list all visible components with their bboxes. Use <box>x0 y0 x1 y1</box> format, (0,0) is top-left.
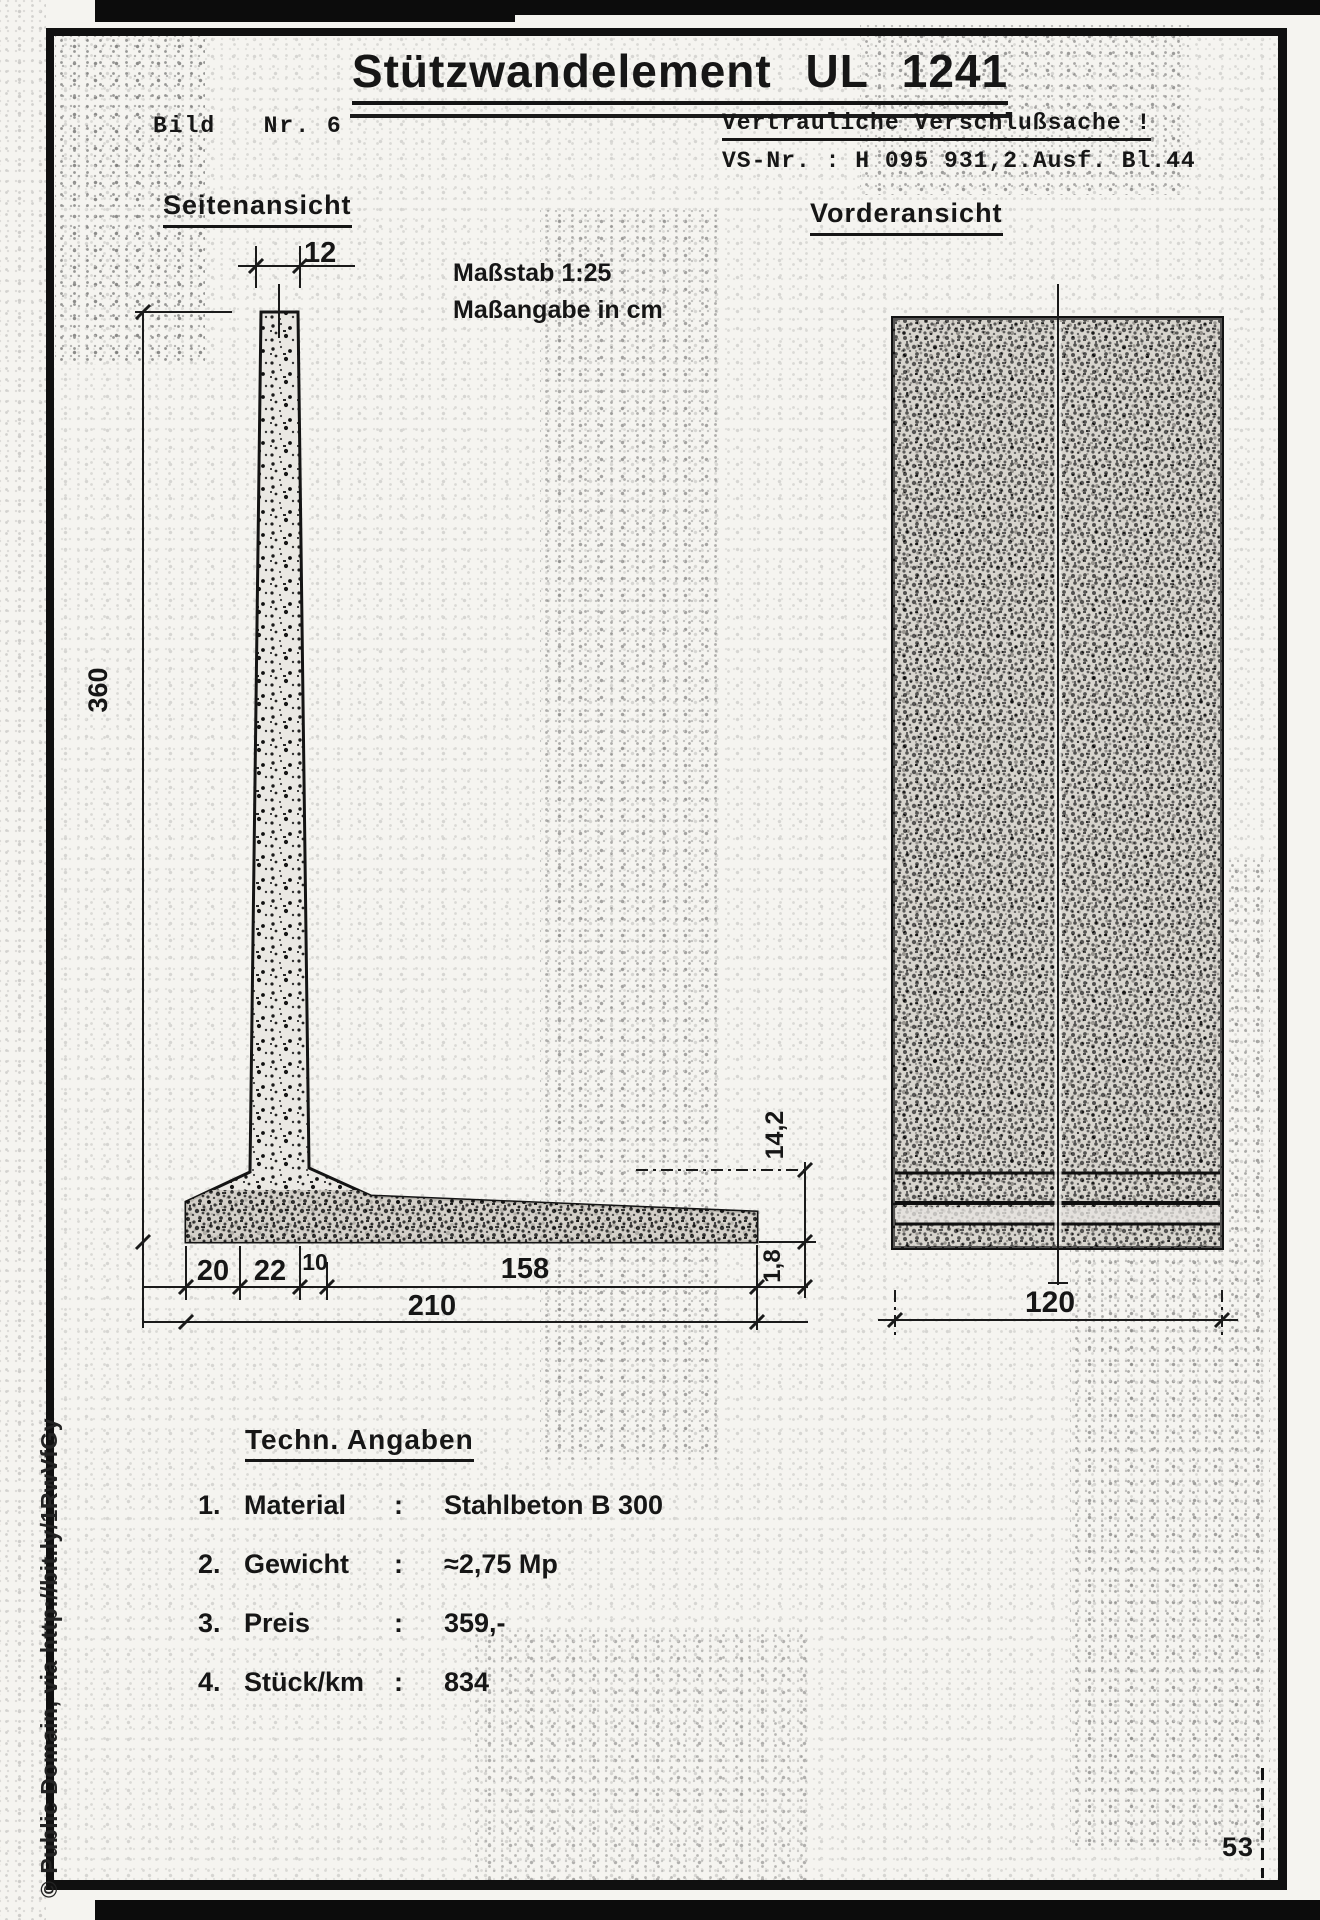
dim-base-seg-20: 20 <box>197 1255 229 1287</box>
tech-data-section: Techn. Angaben 1. Material : Stahlbeton … <box>198 1424 663 1726</box>
tech-row-price: 3. Preis : 359,- <box>198 1608 663 1639</box>
row-number: 3. <box>198 1608 244 1639</box>
row-colon: : <box>394 1608 444 1639</box>
dim-base-seg-158: 158 <box>501 1253 549 1285</box>
frame-bottom <box>46 1880 1287 1890</box>
front-view-label: Vorderansicht <box>810 198 1003 236</box>
page-number: 53 <box>1222 1832 1254 1863</box>
dimension-lines <box>135 246 816 1330</box>
row-number: 2. <box>198 1549 244 1580</box>
tech-row-weight: 2. Gewicht : ≈2,75 Mp <box>198 1549 663 1580</box>
tech-data-heading: Techn. Angaben <box>245 1424 474 1462</box>
wall-cross-section <box>186 312 757 1242</box>
front-view-drawing: 120 <box>860 250 1280 1350</box>
row-label: Stück/km <box>244 1667 394 1698</box>
frame-right-inner-dashes <box>1261 1768 1264 1878</box>
row-label: Gewicht <box>244 1549 394 1580</box>
page-title: Stützwandelement UL 1241 <box>340 44 1020 98</box>
classification-note: Vertrauliche Verschlußsache ! <box>722 110 1151 136</box>
row-colon: : <box>394 1490 444 1521</box>
top-scan-bar <box>95 0 1320 15</box>
dim-base-total: 210 <box>408 1290 456 1322</box>
row-value: 359,- <box>444 1608 663 1639</box>
row-number: 1. <box>198 1490 244 1521</box>
frame-top <box>46 28 1287 36</box>
bottom-scan-bar <box>95 1900 1320 1920</box>
dim-right-lower: 1,8 <box>759 1249 786 1282</box>
base-dark-band <box>184 1190 759 1244</box>
row-value: 834 <box>444 1667 663 1698</box>
dim-front-width: 120 <box>1025 1286 1075 1319</box>
dim-base-seg-10: 10 <box>302 1249 328 1275</box>
row-colon: : <box>394 1549 444 1580</box>
classification-text: Vertrauliche Verschlußsache ! <box>722 110 1151 141</box>
dim-height: 360 <box>83 667 113 712</box>
row-number: 4. <box>198 1667 244 1698</box>
tech-data-rows: 1. Material : Stahlbeton B 300 2. Gewich… <box>198 1490 663 1698</box>
row-label: Material <box>244 1490 394 1521</box>
side-view-drawing: 12 360 20 22 10 158 210 14,2 1,8 <box>80 230 820 1350</box>
top-scan-bar-thick <box>95 14 515 22</box>
dim-stem-width: 12 <box>304 237 336 269</box>
tech-row-material: 1. Material : Stahlbeton B 300 <box>198 1490 663 1521</box>
tech-row-pieces-per-km: 4. Stück/km : 834 <box>198 1667 663 1698</box>
page-title-text: Stützwandelement UL 1241 <box>352 45 1008 105</box>
row-value: ≈2,75 Mp <box>444 1549 663 1580</box>
dim-right-upper: 14,2 <box>761 1111 789 1160</box>
scanned-document-page: Stützwandelement UL 1241 Bild Nr. 6 Vert… <box>0 0 1320 1920</box>
figure-label: Bild Nr. 6 <box>153 113 343 139</box>
copyright-watermark: © Public Domain, via http://bit.ly/1RwVf… <box>36 1418 63 1898</box>
row-colon: : <box>394 1667 444 1698</box>
row-value: Stahlbeton B 300 <box>444 1490 663 1521</box>
dim-base-seg-22: 22 <box>254 1255 286 1287</box>
side-view-label: Seitenansicht <box>163 190 352 228</box>
row-label: Preis <box>244 1608 394 1639</box>
vs-number: VS-Nr. : H 095 931,2.Ausf. Bl.44 <box>722 148 1196 174</box>
